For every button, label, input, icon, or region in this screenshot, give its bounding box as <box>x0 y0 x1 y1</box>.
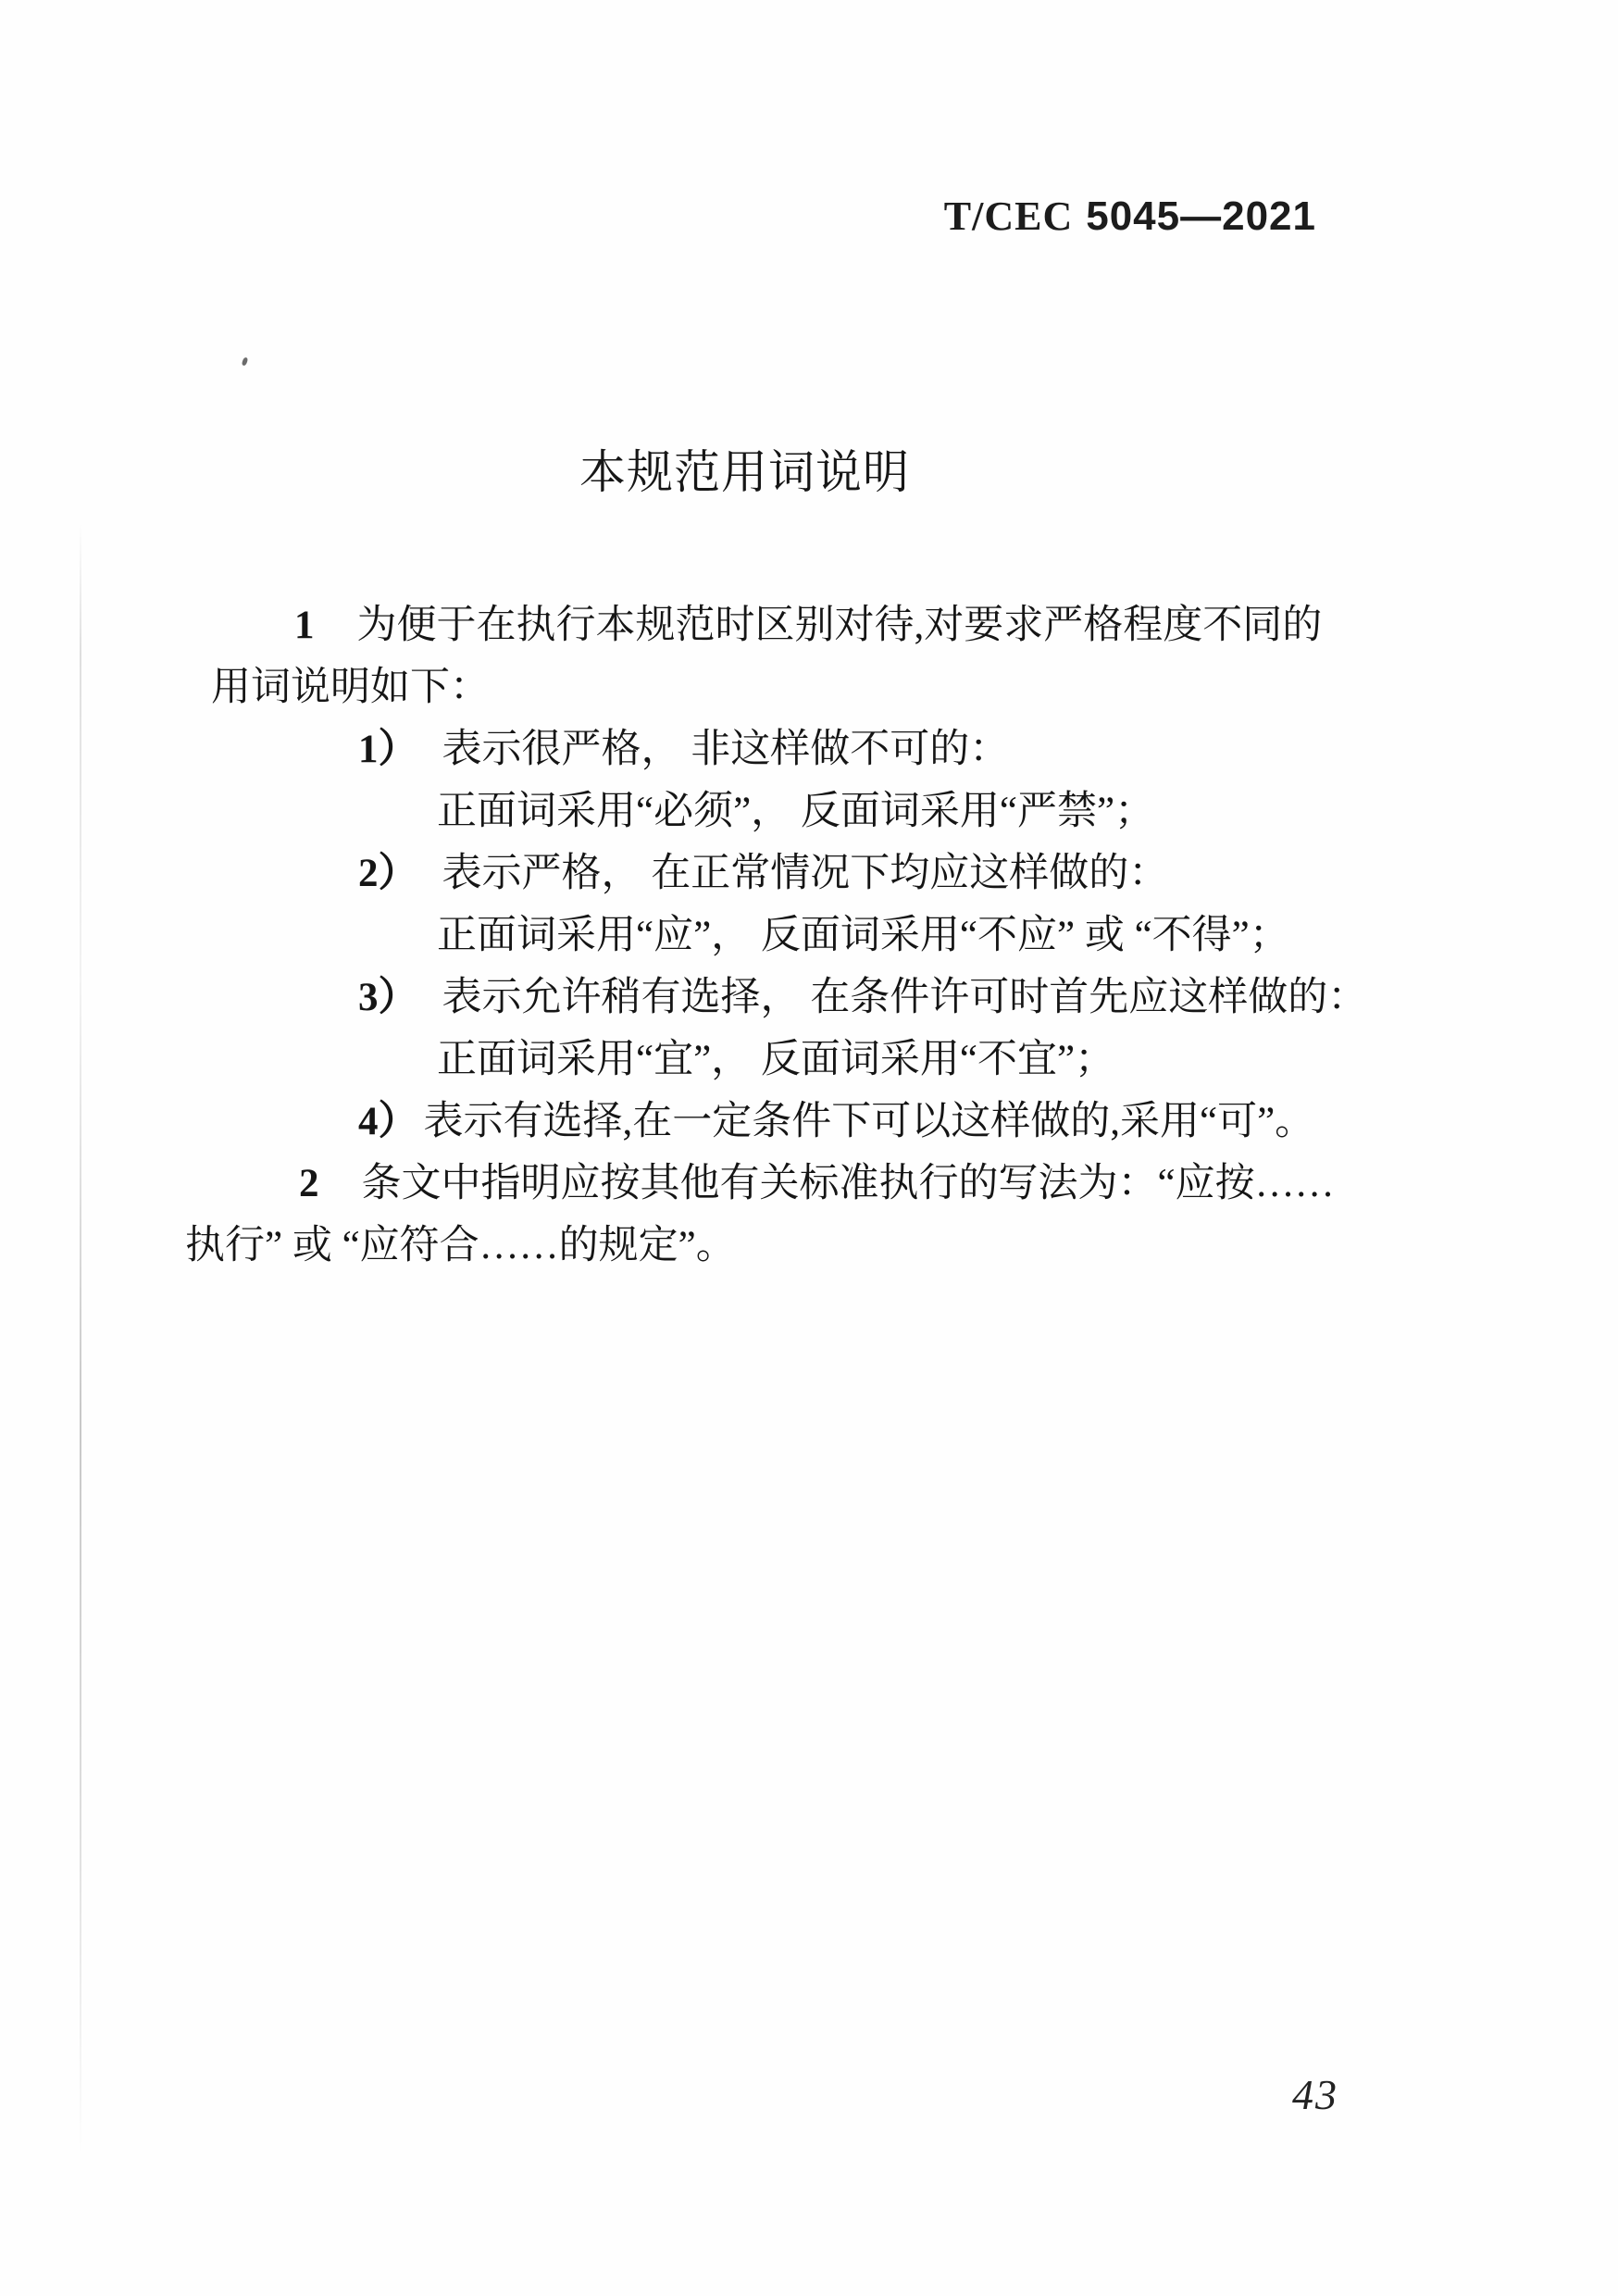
line-text: 表示很严格， 非这样做不可的： <box>442 728 1010 771</box>
document-page: T/CEC5045—2021 本规范用词说明 1为便于在执行本规范时区别对待,对… <box>0 0 1618 2296</box>
scan-artifact-dot <box>242 356 249 366</box>
item-number: 1） <box>358 728 418 771</box>
line-text: 表示严格， 在正常情况下均应这样做的： <box>442 852 1169 895</box>
item-number: 3） <box>358 976 418 1019</box>
body-text: 1为便于在执行本规范时区别对待,对要求严格程度不同的 用词说明如下： 1）表示很… <box>185 594 1444 1277</box>
item-number: 4） <box>358 1100 418 1143</box>
line-text: 正面词采用“必须”， 反面词采用“严禁”； <box>437 790 1154 833</box>
body-line: 执行” 或 “应符合……的规定”。 <box>185 1215 1444 1277</box>
clause-number: 1 <box>294 604 315 647</box>
page-number: 43 <box>1292 2070 1338 2119</box>
body-line: 4）表示有选择,在一定条件下可以这样做的,采用“可”。 <box>185 1091 1444 1153</box>
line-text: 条文中指明应按其他有关标准执行的写法为：“应按…… <box>362 1162 1335 1205</box>
line-text: 表示允许稍有选择， 在条件许可时首先应这样做的： <box>442 976 1368 1019</box>
body-line: 2）表示严格， 在正常情况下均应这样做的： <box>185 842 1444 905</box>
line-text: 为便于在执行本规范时区别对待,对要求严格程度不同的 <box>357 604 1323 647</box>
body-line: 1）表示很严格， 非这样做不可的： <box>185 718 1444 780</box>
body-line: 正面词采用“应”， 反面词采用“不应” 或 “不得”； <box>185 905 1444 967</box>
page-title: 本规范用词说明 <box>579 435 910 502</box>
clause-number: 2 <box>299 1162 319 1205</box>
body-line: 1为便于在执行本规范时区别对待,对要求严格程度不同的 <box>185 594 1444 656</box>
line-text: 表示有选择,在一定条件下可以这样做的,采用“可”。 <box>424 1100 1315 1143</box>
body-line: 3）表示允许稍有选择， 在条件许可时首先应这样做的： <box>185 967 1444 1029</box>
body-line: 用词说明如下： <box>185 656 1444 718</box>
standard-code: T/CEC5045—2021 <box>944 193 1316 240</box>
line-text: 执行” 或 “应符合……的规定”。 <box>185 1224 736 1267</box>
body-line: 正面词采用“必须”， 反面词采用“严禁”； <box>185 780 1444 842</box>
standard-code-prefix: T/CEC <box>944 193 1073 239</box>
line-text: 用词说明如下： <box>211 666 490 709</box>
line-text: 正面词采用“宜”， 反面词采用“不宜”； <box>437 1038 1114 1081</box>
standard-code-number: 5045—2021 <box>1086 193 1316 239</box>
item-number: 2） <box>358 852 418 895</box>
line-text: 正面词采用“应”， 反面词采用“不应” 或 “不得”； <box>437 914 1289 957</box>
scan-artifact-line <box>80 523 81 2157</box>
body-line: 2条文中指明应按其他有关标准执行的写法为：“应按…… <box>185 1153 1444 1215</box>
body-line: 正面词采用“宜”， 反面词采用“不宜”； <box>185 1029 1444 1091</box>
